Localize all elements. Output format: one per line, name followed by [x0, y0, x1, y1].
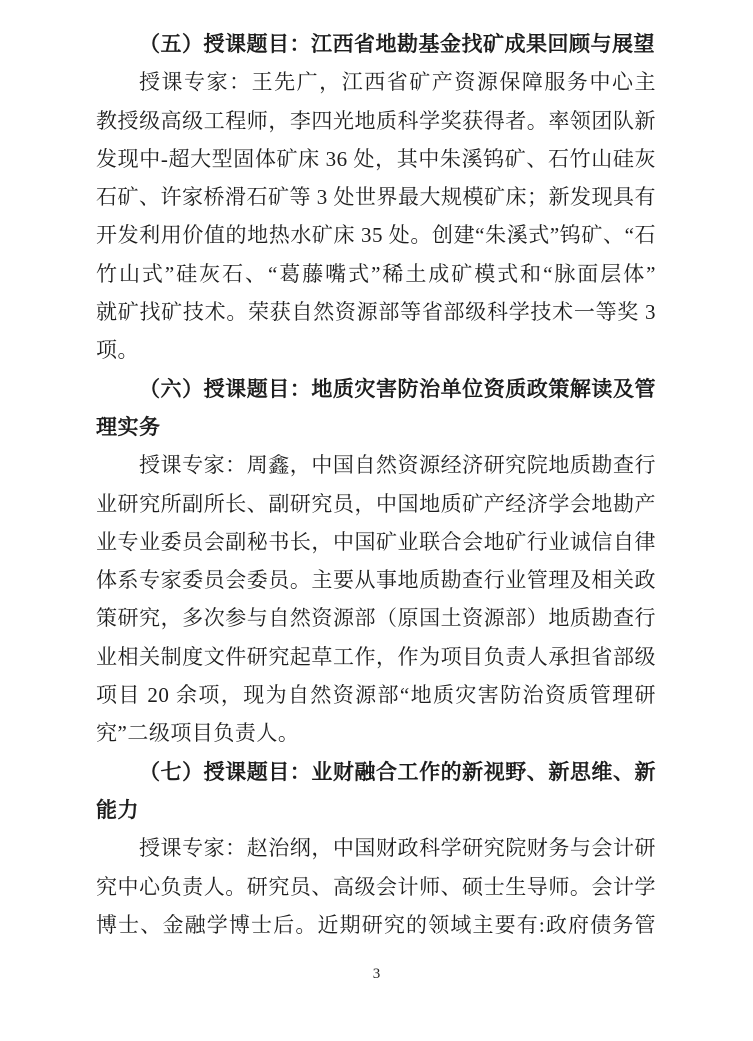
heading-line: （五）授课题目：江西省地勘基金找矿成果回顾与展望: [96, 25, 656, 63]
text-line: 体系专家委员会委员。主要从事地质勘查行业管理及相关政: [96, 561, 656, 599]
text-content: （五）授课题目：江西省地勘基金找矿成果回顾与展望授课专家：王先广，江西省矿产资源…: [96, 25, 656, 944]
text-line: 授课专家：王先广，江西省矿产资源保障服务中心主任，: [96, 63, 656, 101]
text-line: 授课专家：周鑫，中国自然资源经济研究院地质勘查行: [96, 446, 656, 484]
text-line: 就矿找矿技术。荣获自然资源部等省部级科学技术一等奖 3: [96, 293, 656, 331]
document-page: （五）授课题目：江西省地勘基金找矿成果回顾与展望授课专家：王先广，江西省矿产资源…: [0, 0, 753, 1041]
text-line: 发现中-超大型固体矿床 36 处，其中朱溪钨矿、石竹山硅灰: [96, 140, 656, 178]
text-line: 石矿、许家桥滑石矿等 3 处世界最大规模矿床；新发现具有: [96, 178, 656, 216]
page-number: 3: [0, 966, 753, 983]
text-line: 授课专家：赵治纲，中国财政科学研究院财务与会计研: [96, 829, 656, 867]
text-line: 博士、金融学博士后。近期研究的领域主要有:政府债务管: [96, 906, 656, 944]
text-line: 业相关制度文件研究起草工作，作为项目负责人承担省部级: [96, 638, 656, 676]
text-line: 业专业委员会副秘书长，中国矿业联合会地矿行业诚信自律: [96, 523, 656, 561]
text-line: 开发利用价值的地热水矿床 35 处。创建“朱溪式”钨矿、“石: [96, 216, 656, 254]
text-line: 究”二级项目负责人。: [96, 714, 656, 752]
heading-line: 能力: [96, 791, 656, 829]
text-line: 策研究，多次参与自然资源部（原国土资源部）地质勘查行: [96, 599, 656, 637]
heading-line: （七）授课题目：业财融合工作的新视野、新思维、新: [96, 753, 656, 791]
text-line: 竹山式”硅灰石、“葛藤嘴式”稀土成矿模式和“脉面层体”: [96, 255, 656, 293]
heading-line: 理实务: [96, 408, 656, 446]
text-line: 究中心负责人。研究员、高级会计师、硕士生导师。会计学: [96, 868, 656, 906]
text-line: 项。: [96, 331, 656, 369]
text-line: 业研究所副所长、副研究员，中国地质矿产经济学会地勘产: [96, 485, 656, 523]
heading-line: （六）授课题目：地质灾害防治单位资质政策解读及管: [96, 370, 656, 408]
text-line: 教授级高级工程师，李四光地质科学奖获得者。率领团队新: [96, 102, 656, 140]
text-line: 项目 20 余项，现为自然资源部“地质灾害防治资质管理研: [96, 676, 656, 714]
